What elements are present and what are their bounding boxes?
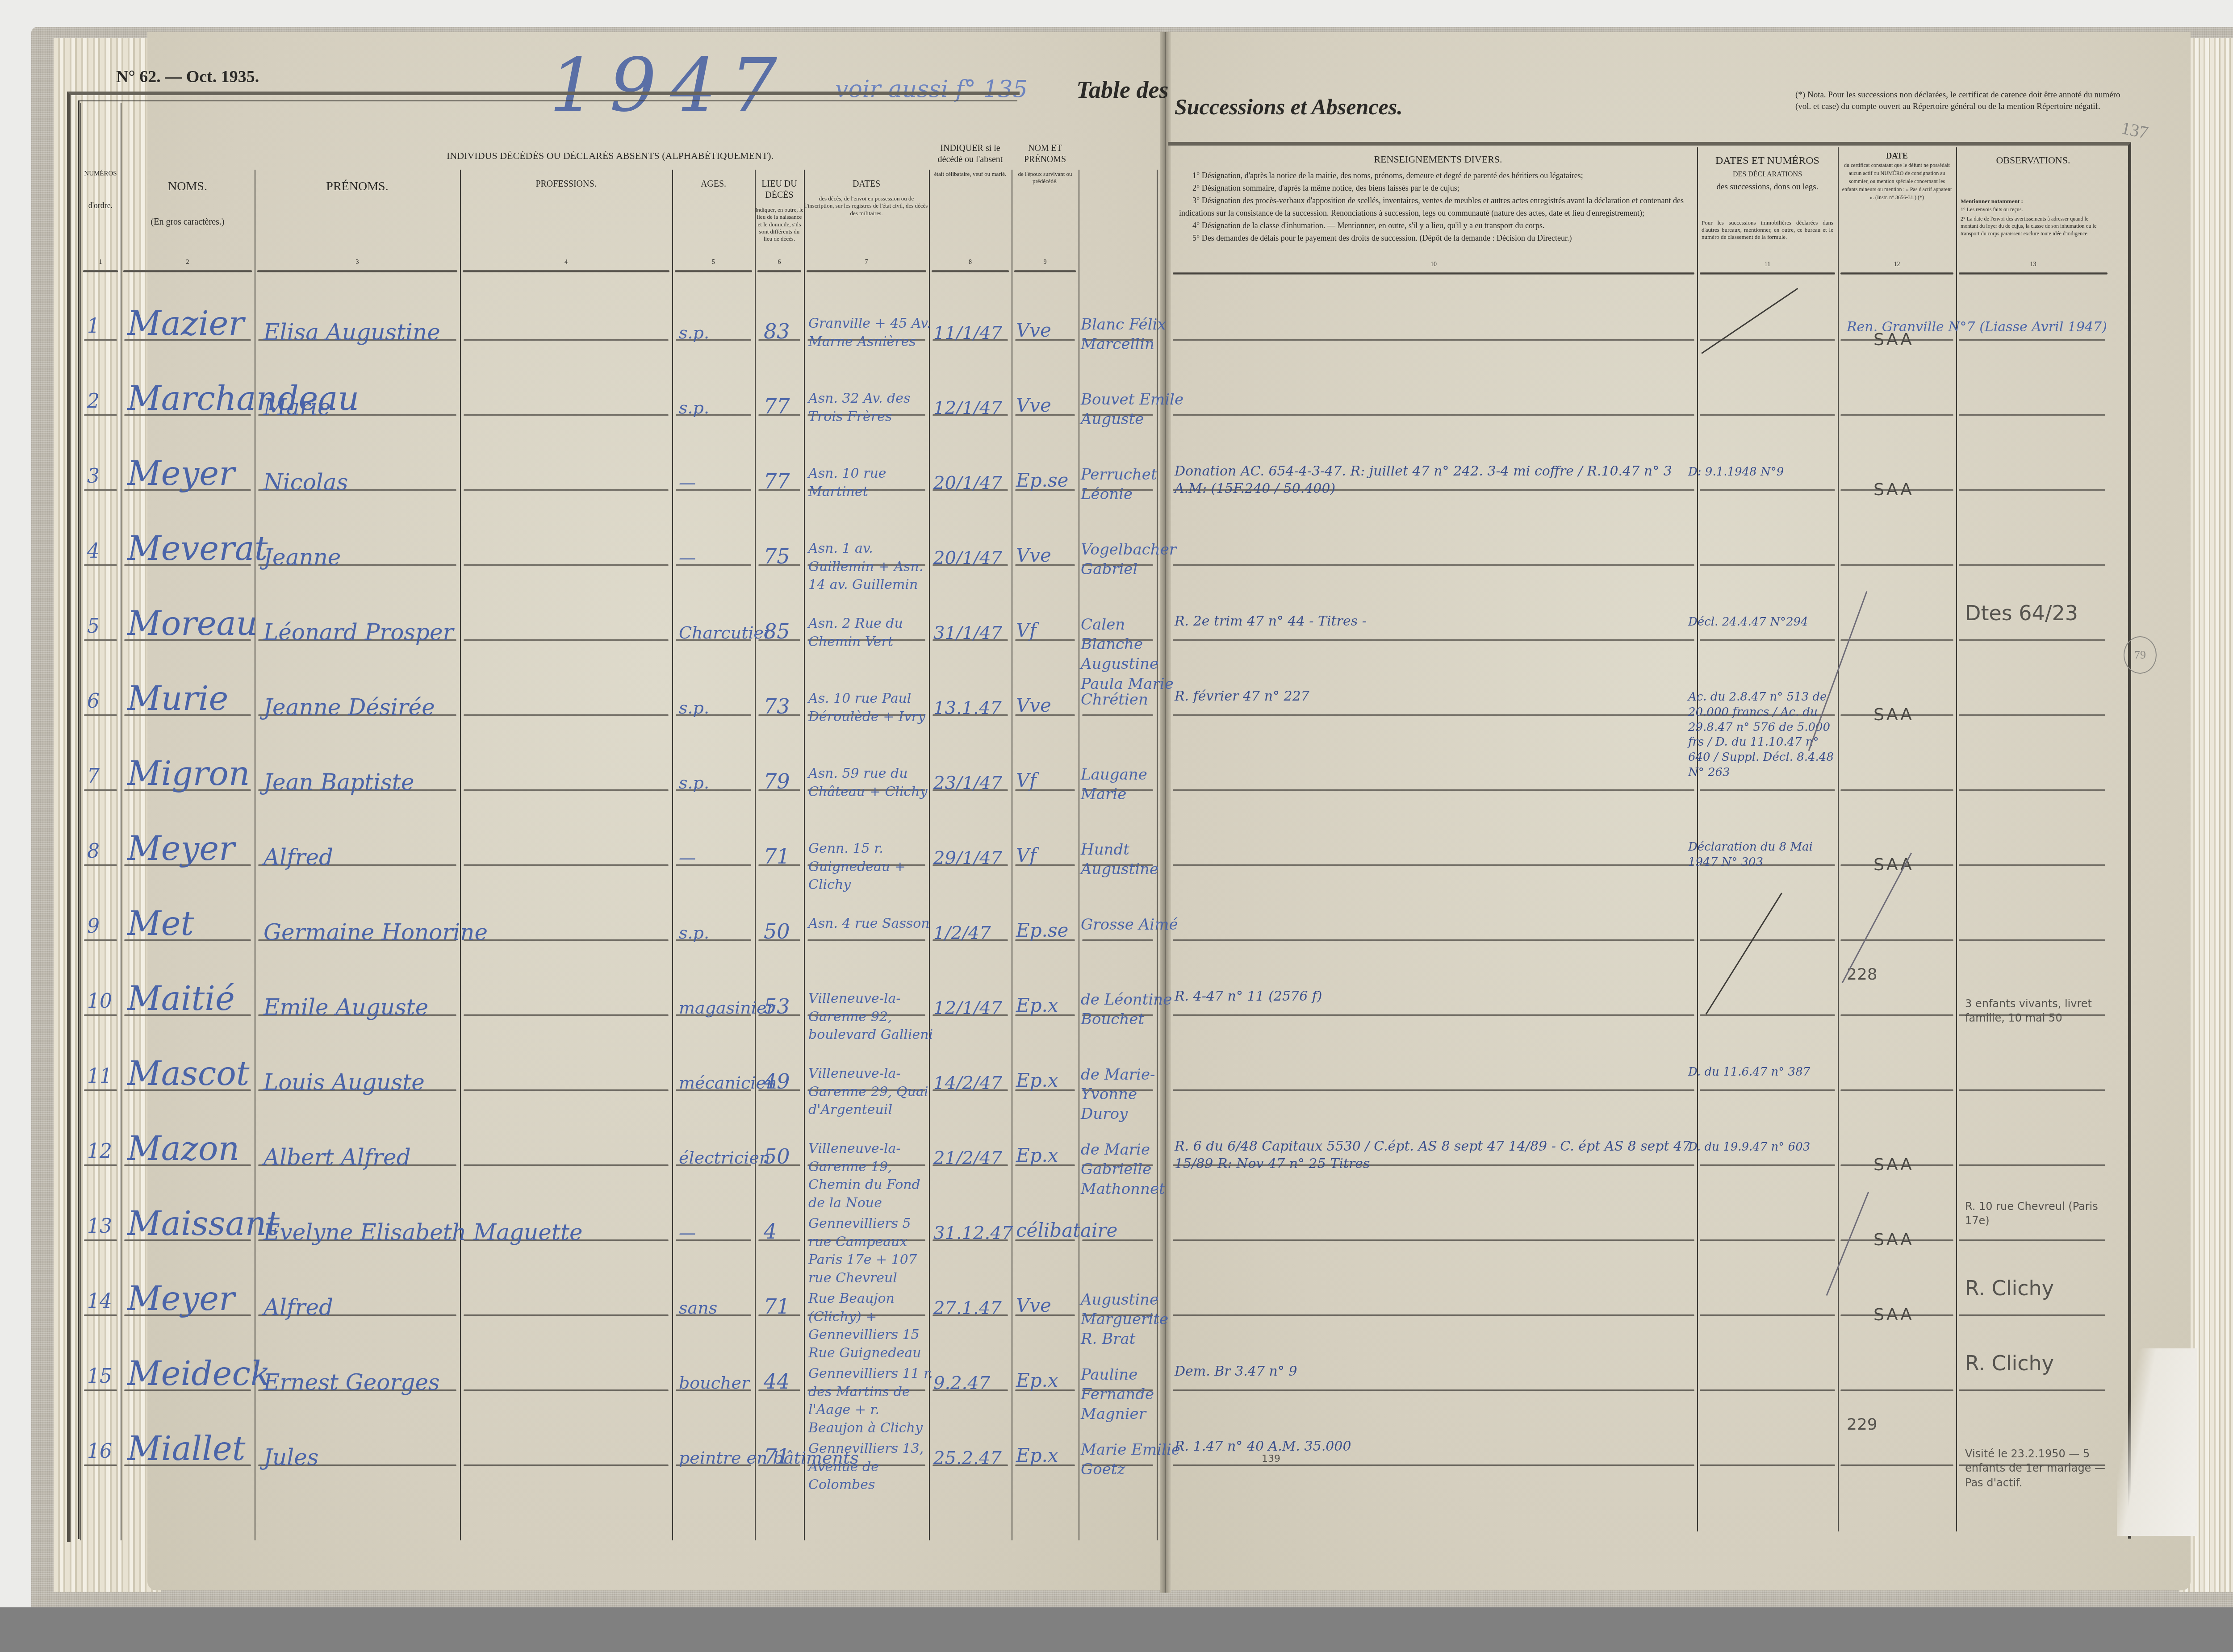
entry-observations: 3 enfants vivants, livret famille, 10 ma… <box>1965 997 2112 1026</box>
header-item: 1° Les renvois faits ou reçus. <box>1956 205 2110 214</box>
entry-prenoms: Albert Alfred <box>263 1144 411 1170</box>
column-number: 5 <box>672 259 755 266</box>
register-title-left: Table des <box>1076 76 1168 104</box>
row-rule <box>84 939 117 941</box>
entry-prenoms: Alfred <box>263 844 333 870</box>
row-rule <box>84 864 117 866</box>
entry-certificat: SAA <box>1873 330 1914 349</box>
row-rule <box>1840 939 1953 941</box>
header-rule <box>257 270 457 272</box>
header-rule <box>675 270 752 272</box>
row-rule <box>464 414 669 416</box>
header-title: LIEU DU DÉCÈS <box>755 179 804 201</box>
entry-etat: Vve <box>1016 1294 1051 1316</box>
header-col-3: PRÉNOMS. <box>255 179 460 217</box>
row-rule <box>464 1014 669 1016</box>
entry-num: 15 <box>87 1365 112 1388</box>
renseignements-items: 1° Désignation, d'après la notice de la … <box>1179 170 1697 244</box>
entry-date: 25.2.47 <box>933 1448 1002 1468</box>
entry-prenoms: Emile Auguste <box>263 994 428 1020</box>
entry-date: 13.1.47 <box>933 698 1002 718</box>
entry-lieu: Gennevilliers 5 rue Campeaux Paris 17e +… <box>808 1215 938 1287</box>
entry-nom: Meyer <box>127 830 235 868</box>
small-page-number: 139 <box>1262 1453 1280 1464</box>
entry-profession: sans <box>679 1298 717 1318</box>
row-rule <box>1840 1014 1953 1016</box>
entry-declaration: Déclaration du 8 Mai 1947 N° 303 <box>1688 840 1836 870</box>
entry-etat: Ep.x <box>1016 1444 1058 1466</box>
row-rule <box>1173 1464 1694 1466</box>
entry-age: 71 <box>764 1444 790 1468</box>
entry-certificat: 228 <box>1847 965 1878 984</box>
row-rule <box>1840 1464 1953 1466</box>
row-rule <box>84 414 117 416</box>
row-rule <box>1173 1389 1694 1391</box>
header-title: PRÉNOMS. <box>255 179 460 194</box>
row-rule <box>84 1389 117 1391</box>
row-rule <box>84 639 117 641</box>
register-title-right: Successions et Absences. <box>1175 94 1403 120</box>
row-rule <box>84 339 117 341</box>
header-rule <box>463 270 669 272</box>
column-number: 12 <box>1838 261 1956 268</box>
entry-date: 27.1.47 <box>933 1298 1002 1318</box>
column-divider <box>1012 170 1012 1540</box>
entry-date: 20/1/47 <box>933 473 1002 493</box>
row-rule <box>1840 789 1953 791</box>
column-divider <box>1838 147 1839 1531</box>
header-col-9: NOM ET PRÉNOMSde l'époux survivant ou pr… <box>1012 143 1079 185</box>
header-rule <box>1014 270 1076 272</box>
entry-prenoms: Marie <box>263 394 331 420</box>
row-rule <box>464 339 669 341</box>
row-rule <box>1959 414 2105 416</box>
entry-etat: Ep.x <box>1016 994 1058 1016</box>
header-item: 2° La date de l'envoi des avertissements… <box>1956 214 2110 238</box>
header-title: NOMS. <box>121 179 255 194</box>
column-number: 6 <box>755 259 804 266</box>
column-number: 10 <box>1170 261 1697 268</box>
entry-etat: Ep.x <box>1016 1369 1058 1391</box>
group-title: INDIVIDUS DÉCÉDÉS OU DÉCLARÉS ABSENTS (A… <box>447 150 774 162</box>
column-number: 7 <box>804 259 929 266</box>
entry-prenoms: Germaine Honorine <box>263 919 488 945</box>
row-rule <box>464 864 669 866</box>
entry-age: 50 <box>764 919 790 943</box>
entry-age: 44 <box>764 1369 790 1393</box>
entry-prenoms: Jeanne Désirée <box>263 694 435 720</box>
right-table-frame <box>1168 142 2131 1539</box>
entry-nom: Maitié <box>127 980 235 1018</box>
entry-etat: Vve <box>1016 319 1051 341</box>
entry-lieu: Villeneuve-la-Garenne 19, Chemin du Fond… <box>808 1140 938 1212</box>
entry-lieu: Gennevilliers 13, Avenue de Colombes <box>808 1440 938 1494</box>
entry-age: 79 <box>764 769 790 793</box>
row-rule <box>1700 789 1835 791</box>
entry-lieu: Granville + 45 Av. Marne Asnières <box>808 315 938 351</box>
row-rule <box>464 714 669 716</box>
row-rule <box>1959 339 2105 341</box>
entry-age: 4 <box>764 1219 777 1243</box>
column-number: 2 <box>121 259 255 266</box>
entry-num: 5 <box>87 615 100 638</box>
entry-prenoms: Elisa Augustine <box>263 319 440 345</box>
entry-num: 16 <box>87 1440 112 1463</box>
entry-profession: boucher <box>679 1373 749 1393</box>
header-sub: était célibataire, veuf ou marié. <box>929 171 1012 178</box>
row-rule <box>1959 1314 2105 1316</box>
row-rule <box>464 789 669 791</box>
entry-renseignements: Donation AC. 654-4-3-47. R: juillet 47 n… <box>1175 463 1693 497</box>
row-rule <box>1959 864 2105 866</box>
column-divider <box>1697 147 1698 1531</box>
entry-nom: Murie <box>127 680 228 718</box>
header-rule <box>757 270 801 272</box>
header-col-2: NOMS.(En gros caractères.) <box>121 179 255 228</box>
entry-profession: électricien <box>679 1148 770 1168</box>
entry-nom: Mascot <box>127 1055 250 1093</box>
column-divider <box>672 170 673 1540</box>
entry-prenoms: Evelyne Elisabeth Maguette <box>263 1219 583 1245</box>
row-rule <box>1700 639 1835 641</box>
row-rule <box>1959 1389 2105 1391</box>
entry-prenoms: Louis Auguste <box>263 1069 425 1095</box>
entry-age: 85 <box>764 619 790 643</box>
header-rule <box>123 270 252 272</box>
renseignement-item: 5° Des demandes de délais pour le payeme… <box>1179 232 1697 245</box>
column-divider <box>460 170 461 1540</box>
torn-corner <box>2117 1348 2197 1536</box>
entry-num: 12 <box>87 1140 112 1163</box>
header-text: du certificat constatant que le défunt n… <box>1838 161 1956 201</box>
column-number: 9 <box>1012 259 1079 266</box>
entry-num: 8 <box>87 840 100 863</box>
entry-etat: Vve <box>1016 694 1051 716</box>
row-rule <box>1173 564 1694 566</box>
row-rule <box>1959 489 2105 491</box>
renseignement-item: 4° Désignation de la classe d'inhumation… <box>1179 220 1697 232</box>
row-rule <box>1840 414 1953 416</box>
entry-age: 49 <box>764 1069 790 1093</box>
entry-nom: Meverat <box>127 530 268 568</box>
header-col-12: DATEdu certificat constatant que le défu… <box>1838 151 1956 201</box>
renseignement-item: 1° Désignation, d'après la notice de la … <box>1179 170 1697 182</box>
entry-profession: — <box>679 848 696 868</box>
entry-profession: s.p. <box>679 323 709 342</box>
entry-etat: Vve <box>1016 394 1051 416</box>
entry-lieu: Asn. 32 Av. des Trois Frères <box>808 390 938 426</box>
entry-nom: Meyer <box>127 1280 235 1318</box>
entry-num: 14 <box>87 1290 112 1313</box>
header-title: INDIQUER si le décédé ou l'absent <box>929 143 1012 165</box>
row-rule <box>1173 1014 1694 1016</box>
entry-renseignements: Dem. Br 3.47 n° 9 <box>1175 1363 1297 1380</box>
row-rule <box>1173 339 1694 341</box>
renseignements-header: RENSEIGNEMENTS DIVERS. 1° Désignation, d… <box>1179 147 1697 244</box>
entry-lieu: Gennevilliers 11 r. des Martins de l'Aag… <box>808 1365 938 1437</box>
entry-declaration: D. du 19.9.47 n° 603 <box>1688 1140 1836 1155</box>
row-rule <box>84 1164 117 1166</box>
row-rule <box>1700 1089 1835 1091</box>
header-title: DATE <box>1838 151 1956 161</box>
header-sub2: des successions, dons ou legs. <box>1697 182 1838 192</box>
entry-age: 71 <box>764 844 790 868</box>
row-rule <box>1700 1014 1835 1016</box>
entry-lieu: Rue Beaujon (Clichy) + Gennevilliers 15 … <box>808 1290 938 1362</box>
entry-age: 83 <box>764 319 790 343</box>
entry-etat: Vve <box>1016 544 1051 566</box>
row-rule <box>464 939 669 941</box>
entry-prenoms: Ernest Georges <box>263 1369 440 1395</box>
entry-renseignements: R. 6 du 6/48 Capitaux 5530 / C.épt. AS 8… <box>1175 1138 1693 1172</box>
entry-profession: s.p. <box>679 923 709 943</box>
entry-observations: R. Clichy <box>1965 1349 2112 1377</box>
column-number: 13 <box>1956 261 2110 268</box>
header-note: Pour les successions immobilières déclar… <box>1697 219 1838 241</box>
entry-nom: Migron <box>127 755 250 793</box>
entry-prenoms: Léonard Prosper <box>263 619 454 645</box>
entry-date: 11/1/47 <box>933 323 1002 343</box>
entry-age: 71 <box>764 1294 790 1318</box>
entry-date: 21/2/47 <box>933 1148 1002 1168</box>
entry-lieu: Asn. 59 rue du Château + Clichy <box>808 765 938 801</box>
row-rule <box>1959 639 2105 641</box>
entry-certificat: SAA <box>1873 480 1914 499</box>
entry-renseignements: R. 1.47 n° 40 A.M. 35.000 <box>1175 1438 1351 1455</box>
entry-num: 9 <box>87 915 100 938</box>
row-rule <box>464 639 669 641</box>
entry-declaration: D: 9.1.1948 N°9 <box>1688 465 1836 480</box>
entry-date: 14/2/47 <box>933 1073 1002 1093</box>
header-col-1: NUMÉROSd'ordre. <box>80 170 121 210</box>
column-divider <box>1956 147 1957 1531</box>
row-rule <box>464 489 669 491</box>
circled-mark: 79 <box>2124 636 2157 674</box>
entry-etat: Vf <box>1016 769 1037 791</box>
entry-date: 31.12.47 <box>933 1223 1013 1243</box>
row-rule <box>1700 489 1835 491</box>
entry-date: 1/2/47 <box>933 923 991 943</box>
entry-profession: mécanicien <box>679 1073 777 1093</box>
nota-footnote: (*) Nota. Pour les successions non décla… <box>1795 89 2135 112</box>
entry-certificat: SAA <box>1873 1305 1914 1324</box>
entry-num: 1 <box>87 315 100 338</box>
row-rule <box>1700 939 1835 941</box>
column-divider <box>804 170 805 1540</box>
entry-observations: Visité le 23.2.1950 — 5 enfants de 1er m… <box>1965 1447 2112 1490</box>
entry-num: 7 <box>87 765 100 788</box>
row-rule <box>1959 1239 2105 1241</box>
row-rule <box>1082 714 1153 716</box>
entry-date: 29/1/47 <box>933 848 1002 868</box>
row-rule <box>84 1464 117 1466</box>
entry-prenoms: Jean Baptiste <box>263 769 414 795</box>
entry-date: 20/1/47 <box>933 548 1002 568</box>
entry-profession: s.p. <box>679 773 709 793</box>
entry-num: 3 <box>87 465 100 488</box>
column-divider <box>1079 170 1079 1540</box>
entry-profession: Charcutier <box>679 623 772 642</box>
row-rule <box>1700 564 1835 566</box>
column-divider <box>255 170 255 1540</box>
header-sub: Indiquer, en outre, le lieu de la naissa… <box>755 206 804 242</box>
header-col-7: DATESdes décès, de l'envoi en possession… <box>804 179 929 217</box>
entry-age: 53 <box>764 994 790 1018</box>
row-rule <box>1700 414 1835 416</box>
entry-nom: Meideck <box>127 1355 271 1393</box>
row-rule <box>464 1389 669 1391</box>
row-rule <box>84 1239 117 1241</box>
row-rule <box>1700 1164 1835 1166</box>
row-rule <box>1173 1089 1694 1091</box>
entry-lieu: Genn. 15 r. Guignedeau + Clichy <box>808 840 938 894</box>
entry-profession: magasinier <box>679 998 775 1018</box>
column-divider <box>755 170 756 1540</box>
entry-lieu: Villeneuve-la-Garenne 92, boulevard Gall… <box>808 990 938 1044</box>
entry-prenoms: Alfred <box>263 1294 333 1320</box>
row-rule <box>464 1464 669 1466</box>
entry-nom: Moreau <box>127 605 257 643</box>
header-title: NUMÉROS <box>80 170 121 178</box>
row-rule <box>1700 1239 1835 1241</box>
row-rule <box>1959 789 2105 791</box>
header-col-6: LIEU DU DÉCÈSIndiquer, en outre, le lieu… <box>755 179 804 242</box>
entry-date: 12/1/47 <box>933 398 1002 418</box>
row-rule <box>464 1314 669 1316</box>
entry-age: 75 <box>764 544 790 568</box>
header-sub: (En gros caractères.) <box>121 217 255 228</box>
header-title: DATES <box>804 179 929 190</box>
entry-etat: Ep.se <box>1016 469 1068 491</box>
row-rule <box>1959 1089 2105 1091</box>
entry-profession: s.p. <box>679 698 709 718</box>
entry-profession: — <box>679 473 696 492</box>
entry-etat: Ep.se <box>1016 919 1068 941</box>
row-rule <box>1840 1089 1953 1091</box>
header-rule <box>1840 272 1953 275</box>
header-title: PROFESSIONS. <box>460 179 672 190</box>
entry-num: 13 <box>87 1215 112 1238</box>
entry-num: 4 <box>87 540 100 563</box>
column-divider <box>80 103 81 1540</box>
row-rule <box>1840 1389 1953 1391</box>
row-rule <box>1840 639 1953 641</box>
column-number: 3 <box>255 259 460 266</box>
entry-renseignements: R. 4-47 n° 11 (2576 f) <box>1175 988 1322 1005</box>
header-col-8: INDIQUER si le décédé ou l'absentétait c… <box>929 143 1012 178</box>
column-number: 1 <box>80 259 121 266</box>
entry-date: 12/1/47 <box>933 998 1002 1018</box>
row-rule <box>84 1014 117 1016</box>
entry-age: 77 <box>764 469 790 493</box>
entry-etat: Ep.x <box>1016 1144 1058 1166</box>
entry-date: 31/1/47 <box>933 623 1002 643</box>
entry-num: 6 <box>87 690 100 713</box>
row-rule <box>1700 1314 1835 1316</box>
row-rule <box>84 489 117 491</box>
row-rule <box>84 1314 117 1316</box>
header-col-4: PROFESSIONS. <box>460 179 672 195</box>
row-rule <box>464 1164 669 1166</box>
header-col-11: DATES ET NUMÉROSDES DÉCLARATIONSdes succ… <box>1697 154 1838 241</box>
entry-num: 11 <box>87 1065 112 1088</box>
row-rule <box>1959 714 2105 716</box>
row-rule <box>1959 564 2105 566</box>
renseignements-title: RENSEIGNEMENTS DIVERS. <box>1179 152 1697 167</box>
header-sub: DES DÉCLARATIONS <box>1697 170 1838 179</box>
row-rule <box>84 564 117 566</box>
entry-nom: Meyer <box>127 455 235 493</box>
entry-date: 9.2.47 <box>933 1373 990 1393</box>
entry-lieu: Villeneuve-la-Garenne 29, Quai d'Argente… <box>808 1065 938 1119</box>
entry-lieu: Asn. 2 Rue du Chemin Vert <box>808 615 938 651</box>
entry-num: 10 <box>87 990 112 1013</box>
header-sub: des décès, de l'envoi en possession ou d… <box>804 195 929 217</box>
entry-date: 23/1/47 <box>933 773 1002 793</box>
entry-certificat: SAA <box>1873 1155 1914 1174</box>
entry-renseignements: R. 2e trim 47 n° 44 - Titres - <box>1175 613 1367 630</box>
entry-age: 50 <box>764 1144 790 1168</box>
renseignement-item: 3° Désignation des procès-verbaux d'appo… <box>1179 195 1697 220</box>
header-rule <box>83 270 118 272</box>
header-rule <box>1700 272 1835 275</box>
row-rule <box>1959 1164 2105 1166</box>
header-intro: Mentionner notamment : <box>1956 198 2110 205</box>
renseignement-item: 2° Désignation sommaire, d'après la même… <box>1179 182 1697 195</box>
row-rule <box>1700 1464 1835 1466</box>
entry-profession: — <box>679 548 696 567</box>
header-rule <box>932 270 1009 272</box>
header-sub: de l'époux survivant ou prédécédé. <box>1012 171 1079 185</box>
row-rule <box>1840 564 1953 566</box>
entry-profession: — <box>679 1223 696 1243</box>
column-divider <box>121 103 121 1540</box>
row-rule <box>84 714 117 716</box>
column-number: 8 <box>929 259 1012 266</box>
entry-lieu: Asn. 10 rue Martinet <box>808 465 938 501</box>
row-rule <box>1959 939 2105 941</box>
entry-prenoms: Jeanne <box>263 544 341 570</box>
entry-declaration: Décl. 24.4.47 N°294 <box>1688 615 1836 630</box>
row-rule <box>84 1089 117 1091</box>
row-rule <box>1173 1314 1694 1316</box>
entry-nom: Met <box>127 905 194 943</box>
row-rule <box>1173 714 1694 716</box>
entry-lieu: Asn. 1 av. Guillemin + Asn. 14 av. Guill… <box>808 540 938 594</box>
entry-observations: R. Clichy <box>1965 1274 2112 1302</box>
entry-observations: Dtes 64/23 <box>1965 599 2112 627</box>
form-number: N° 62. — Oct. 1935. <box>116 67 259 87</box>
header-rule <box>807 270 926 272</box>
entry-etat: Vf <box>1016 844 1037 866</box>
row-rule <box>807 939 925 941</box>
entry-lieu: As. 10 rue Paul Déroulède + Ivry <box>808 690 938 726</box>
entry-profession: s.p. <box>679 398 709 417</box>
row-rule <box>1082 939 1153 941</box>
row-rule <box>1173 789 1694 791</box>
header-sub: d'ordre. <box>80 200 121 211</box>
column-number: 4 <box>460 259 672 266</box>
row-rule <box>84 789 117 791</box>
entry-nom: Mazon <box>127 1130 239 1168</box>
column-number: 11 <box>1697 261 1838 268</box>
row-rule <box>1173 639 1694 641</box>
entry-renseignements: R. février 47 n° 227 <box>1175 688 1309 705</box>
entry-etat: célibataire <box>1016 1219 1117 1241</box>
row-rule <box>1173 864 1694 866</box>
entry-nom: Mazier <box>127 305 244 343</box>
row-rule <box>1173 414 1694 416</box>
